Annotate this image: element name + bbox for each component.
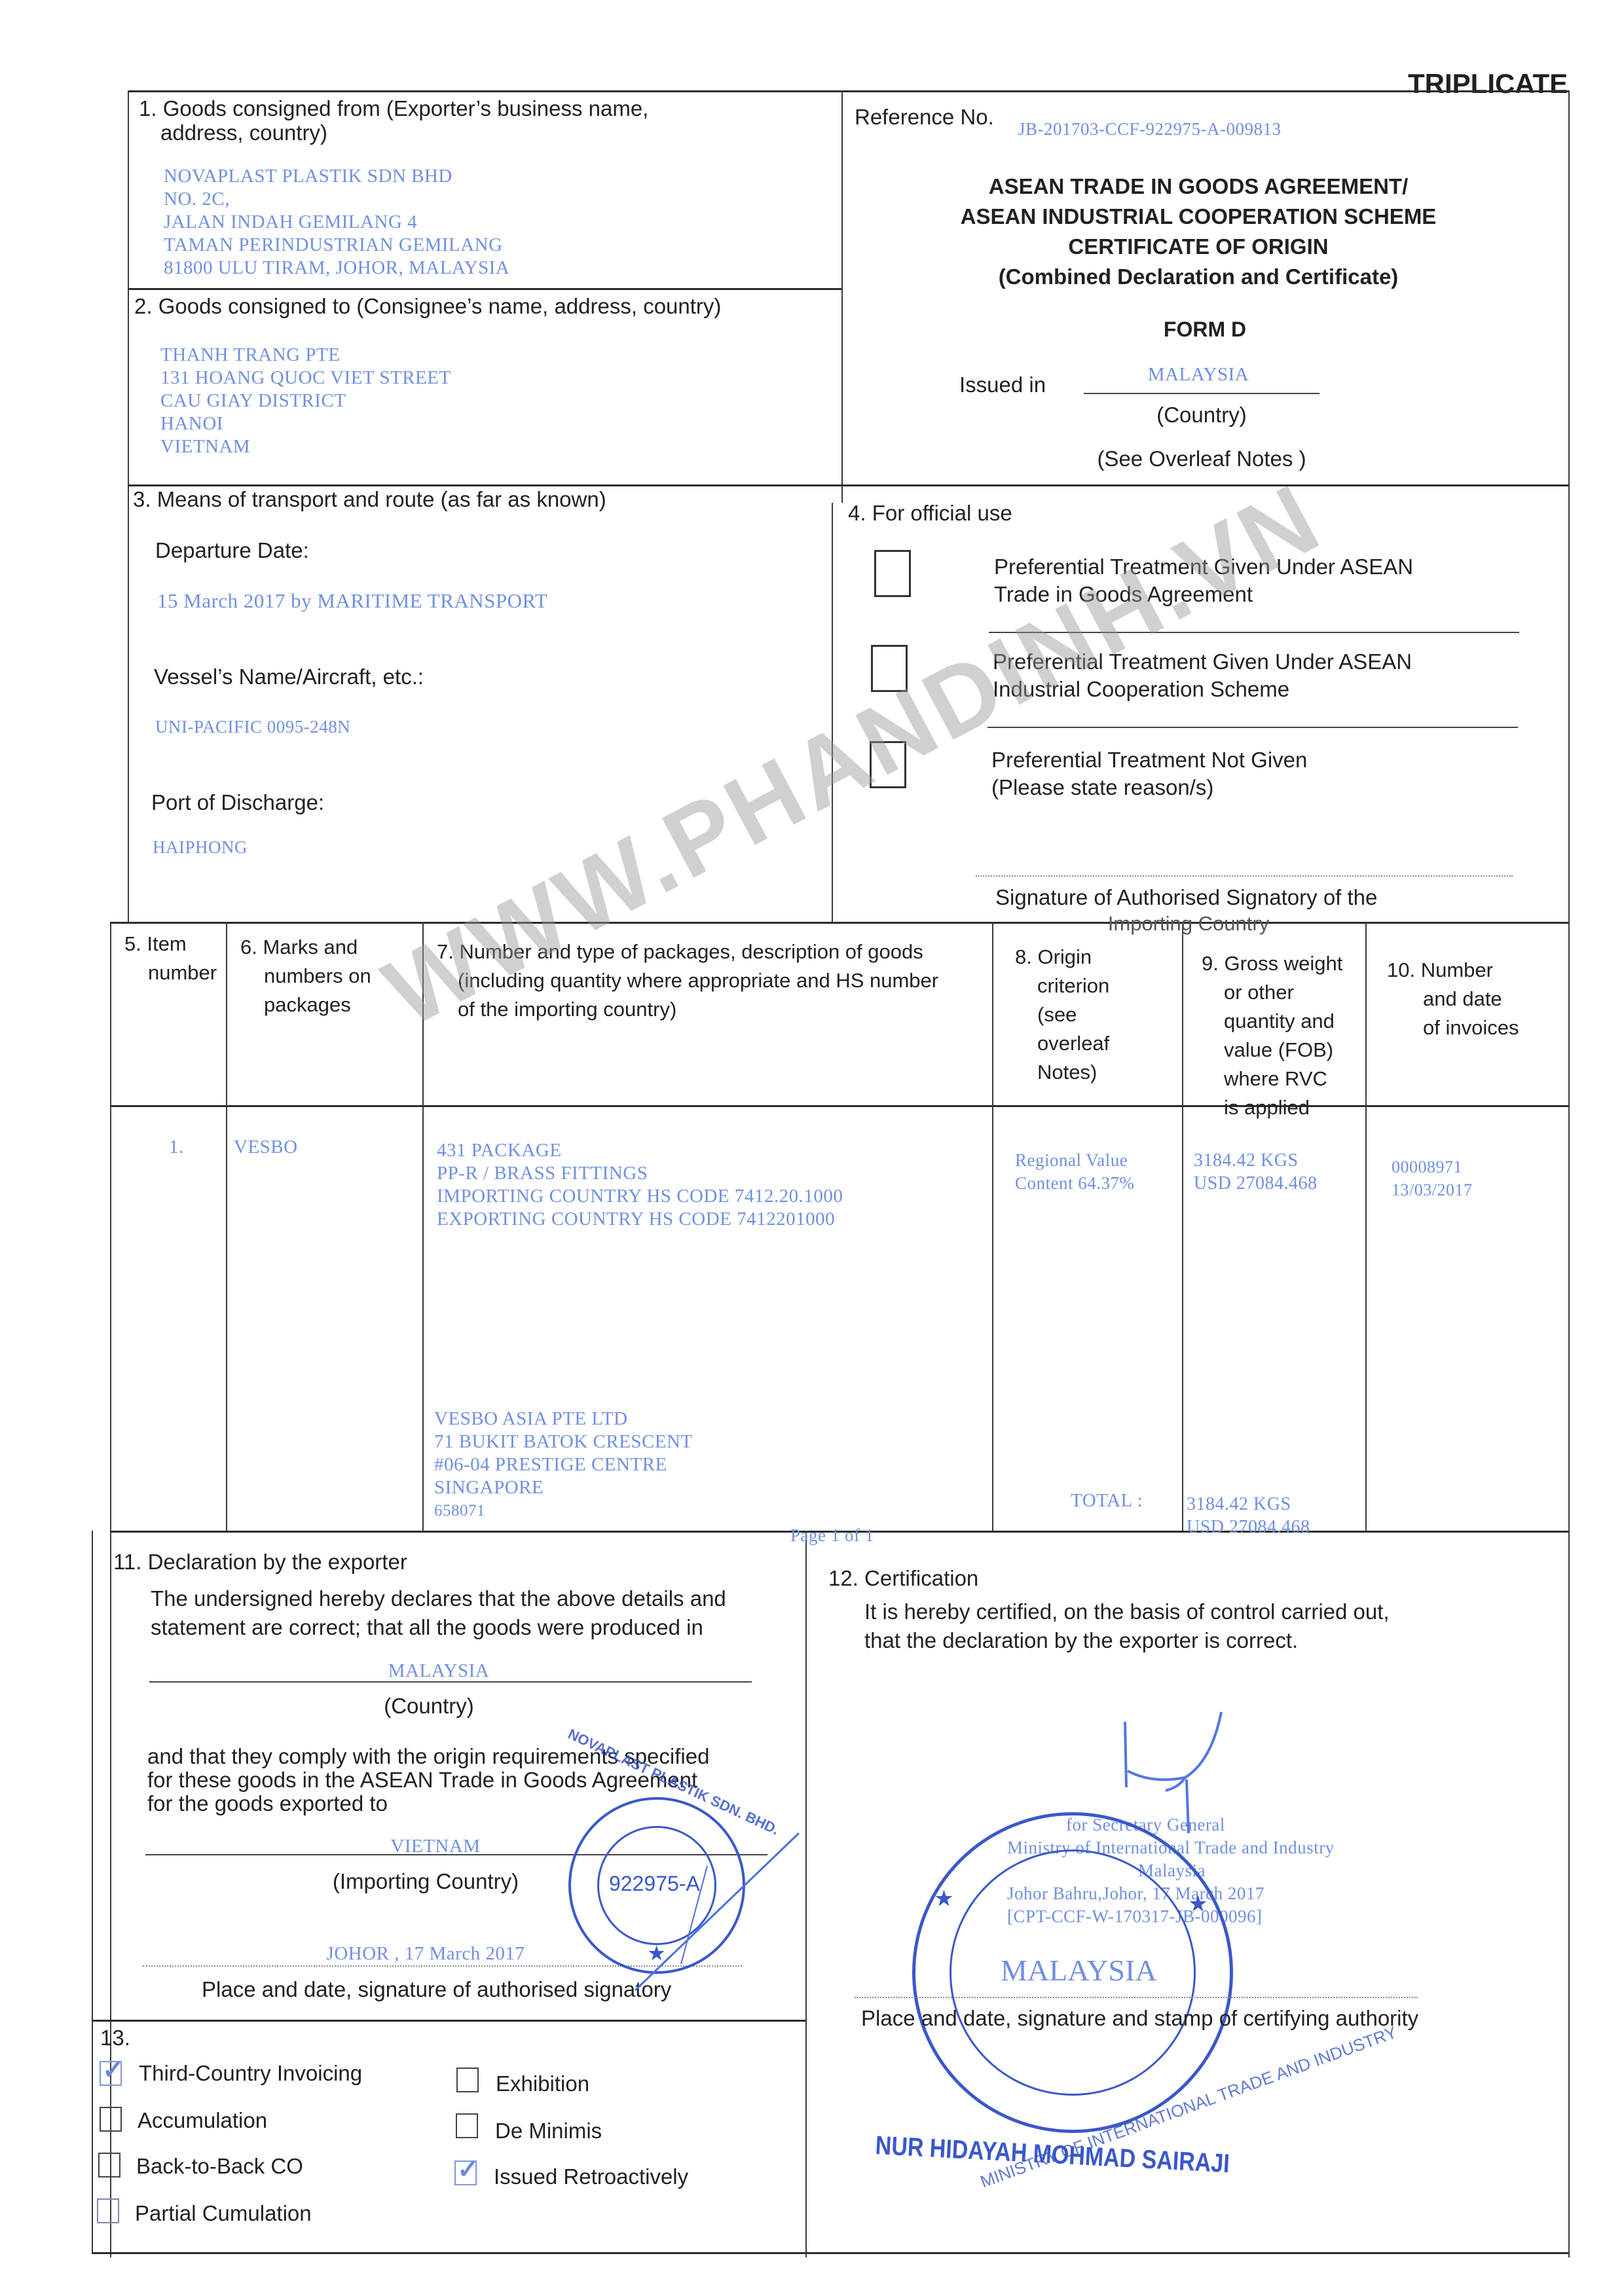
checkbox[interactable]	[100, 2107, 122, 2132]
checkmark-icon: ✓	[102, 2057, 124, 2083]
official-use-option-atiga: Preferential Treatment Given Under ASEAN…	[994, 553, 1413, 608]
importing-country-caption: (Importing Country)	[295, 1868, 557, 1895]
exporter-line: JALAN INDAH GEMILANG 4	[164, 211, 509, 234]
certifier-signature-line	[855, 1997, 1418, 1998]
consignee-address: THANH TRANG PTE 131 HOANG QUOC VIET STRE…	[160, 344, 451, 458]
importing-signature-line	[976, 875, 1513, 877]
item-number: 1.	[169, 1136, 184, 1159]
divider-top-mid	[841, 90, 843, 503]
checkbox[interactable]	[456, 2113, 478, 2138]
box12-label: 12. Certification	[828, 1565, 978, 1592]
issued-in-label: Issued in	[959, 371, 1046, 399]
box4-label: 4. For official use	[848, 500, 1012, 527]
document-title: ASEAN TRADE IN GOODS AGREEMENT/ ASEAN IN…	[910, 172, 1486, 292]
port-of-discharge-value: HAIPHONG	[153, 836, 248, 859]
miti-official-stamp: MALAYSIA ★ ★ MINISTRY OF INTERNATIONAL T…	[912, 1812, 1233, 2133]
miti-stamp-country: MALAYSIA	[1001, 1953, 1157, 1988]
frame-top	[128, 90, 1568, 92]
exporter-signature-caption: Place and date, signature of authorised …	[202, 1976, 671, 2003]
consignee-line: THANH TRANG PTE	[160, 344, 451, 367]
checkbox[interactable]	[97, 2198, 119, 2223]
box13-label: 13.	[100, 2024, 130, 2052]
frame-left	[128, 90, 129, 922]
official-use-checkbox-atiga[interactable]	[874, 550, 911, 597]
official-use-option-not-given: Preferential Treatment Not Given(Please …	[991, 746, 1307, 801]
official-use-option-aico: Preferential Treatment Given Under ASEAN…	[993, 648, 1412, 703]
exporter-signature	[609, 1827, 805, 1997]
page-indicator: Page 1 of 1	[790, 1524, 874, 1547]
header-origin-criterion: 8. Origin criterion (see overleaf Notes)	[1015, 943, 1109, 1087]
gross-weight-value: 3184.42 KGS USD 27084.468	[1194, 1149, 1318, 1195]
issued-in-country-caption: (Country)	[1084, 401, 1319, 429]
checkmark-icon: ✓	[457, 2157, 479, 2183]
divider-box13-top	[92, 2020, 805, 2022]
divider-box11-12	[805, 1531, 807, 2257]
vessel-label: Vessel’s Name/Aircraft, etc.:	[154, 663, 424, 691]
title-line: CERTIFICATE OF ORIGIN	[910, 232, 1486, 262]
produced-in-value: MALAYSIA	[282, 1660, 596, 1683]
produced-in-caption: (Country)	[282, 1692, 576, 1720]
frame-right	[1568, 90, 1570, 2257]
exporter-line: NO. 2C,	[164, 188, 509, 211]
reference-label: Reference No.	[855, 103, 994, 131]
divider-table-header	[110, 1105, 1568, 1107]
title-line: ASEAN INDUSTRIAL COOPERATION SCHEME	[910, 202, 1486, 232]
marks-value: VESBO	[234, 1136, 298, 1159]
checkbox[interactable]: ✓	[100, 2061, 122, 2086]
consignee-line: HANOI	[160, 412, 451, 435]
miti-stamp-star-icon: ★	[935, 1887, 953, 1910]
importing-signature-caption-2: Importing Country	[995, 910, 1382, 938]
third-party-address: VESBO ASIA PTE LTD 71 BUKIT BATOK CRESCE…	[434, 1408, 693, 1522]
overleaf-note: (See Overleaf Notes )	[1048, 445, 1356, 473]
header-gross-weight: 9. Gross weight or other quantity and va…	[1202, 949, 1342, 1122]
divider-box3-4	[832, 503, 833, 922]
box2-label: 2. Goods consigned to (Consignee’s name,…	[134, 293, 721, 320]
port-of-discharge-label: Port of Discharge:	[151, 789, 324, 816]
issued-in-underline	[1084, 393, 1319, 394]
checkbox[interactable]: ✓	[454, 2160, 477, 2185]
frame-bottom	[92, 2252, 1568, 2254]
exporter-line: NOVAPLAST PLASTIK SDN BHD	[164, 165, 509, 188]
total-label: TOTAL :	[1071, 1489, 1143, 1512]
official-use-checkbox-aico[interactable]	[871, 645, 908, 692]
box11-label: 11. Declaration by the exporter	[113, 1548, 407, 1576]
col-divider-6-7	[422, 922, 424, 1531]
consignee-line: VIETNAM	[160, 435, 451, 458]
official-use-separator	[989, 632, 1519, 633]
box3-label: 3. Means of transport and route (as far …	[133, 486, 606, 513]
header-description: 7. Number and type of packages, descript…	[437, 938, 938, 1024]
title-line: (Combined Declaration and Certificate)	[910, 262, 1486, 292]
importing-signature-caption-1: Signature of Authorised Signatory of the	[995, 884, 1377, 911]
col-divider-5-6	[226, 922, 227, 1531]
col-divider-9-10	[1365, 922, 1367, 1531]
declaration-text-1: The undersigned hereby declares that the…	[151, 1584, 726, 1642]
checkbox[interactable]	[456, 2068, 479, 2092]
exporter-line: 81800 ULU TIRAM, JOHOR, MALAYSIA	[164, 257, 509, 280]
departure-date-label: Departure Date:	[155, 537, 309, 564]
col-divider-7-8	[992, 922, 993, 1531]
header-marks: 6. Marks and numbers on packages	[240, 933, 371, 1019]
divider-box1-2	[128, 288, 841, 290]
issued-in-value: MALAYSIA	[1080, 363, 1316, 386]
official-use-checkbox-not-given[interactable]	[870, 741, 906, 788]
copy-label: TRIPLICATE	[1408, 68, 1568, 100]
origin-criterion-value: Regional Value Content 64.37%	[1015, 1149, 1135, 1195]
exporter-place-date: JOHOR , 17 March 2017	[288, 1942, 563, 1965]
consignee-line: 131 HOANG QUOC VIET STREET	[160, 367, 451, 390]
title-line: ASEAN TRADE IN GOODS AGREEMENT/	[910, 172, 1486, 202]
total-weight-value: 3184.42 KGS USD 27084.468	[1187, 1493, 1310, 1539]
exporter-address: NOVAPLAST PLASTIK SDN BHD NO. 2C, JALAN …	[164, 165, 509, 280]
description-value: 431 PACKAGE PP-R / BRASS FITTINGS IMPORT…	[437, 1139, 843, 1231]
box1-label-line2: address, country)	[160, 119, 327, 147]
exporter-line: TAMAN PERINDUSTRIAN GEMILANG	[164, 234, 509, 257]
consignee-line: CAU GIAY DISTRICT	[160, 390, 451, 412]
invoice-value: 00008971 13/03/2017	[1392, 1156, 1472, 1201]
certification-text: It is hereby certified, on the basis of …	[864, 1597, 1390, 1655]
box1-label-line1: 1. Goods consigned from (Exporter’s busi…	[139, 95, 648, 122]
col-divider-8-9	[1182, 922, 1183, 1531]
departure-date-value: 15 March 2017 by MARITIME TRANSPORT	[157, 589, 547, 612]
reference-number: JB-201703-CCF-922975-A-009813	[1018, 118, 1282, 141]
certifier-signature-caption: Place and date, signature and stamp of c…	[861, 2005, 1418, 2032]
official-use-separator	[987, 727, 1518, 728]
header-item-number: 5. Item number	[124, 930, 217, 987]
checkbox[interactable]	[98, 2153, 120, 2178]
frame-left-bottom	[92, 1531, 93, 2252]
vessel-value: UNI-PACIFIC 0095-248N	[155, 716, 350, 738]
certifying-officer-name: NUR HIDAYAH MOHMAD SAIRAJI	[875, 2131, 1230, 2179]
produced-in-underline	[149, 1681, 752, 1683]
miti-stamp-star-icon: ★	[1189, 1893, 1207, 1916]
header-invoices: 10. Number and date of invoices	[1387, 956, 1519, 1042]
form-name: FORM D	[1126, 318, 1283, 342]
